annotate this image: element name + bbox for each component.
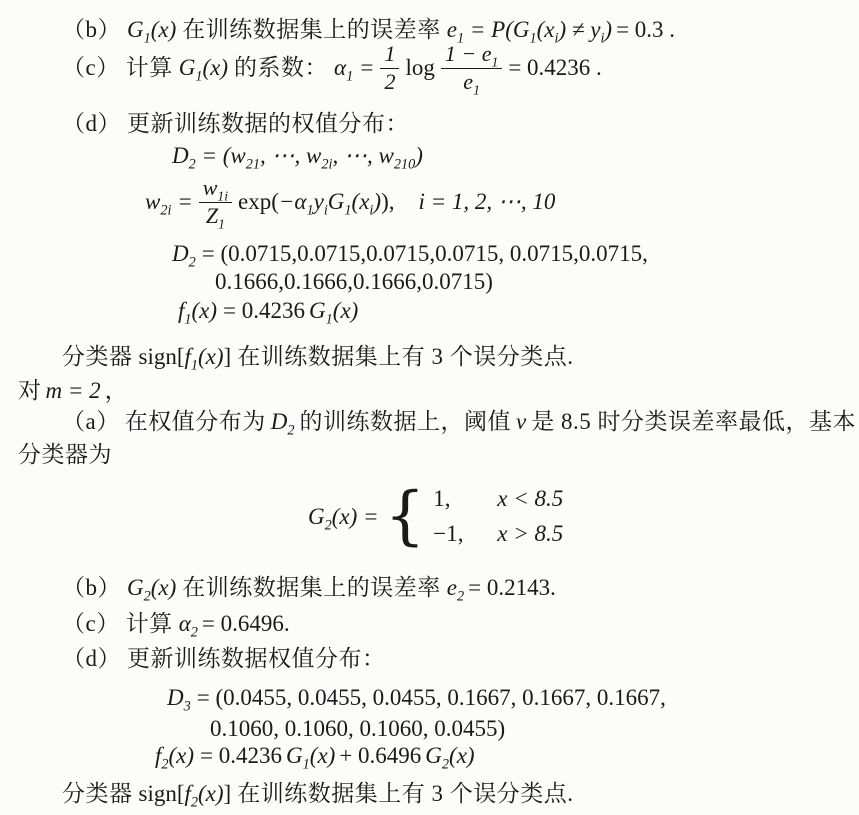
math-index-range: i = 1, 2, ⋯, 10 [418, 188, 555, 217]
math-g1x: G1(x) [309, 297, 358, 326]
math-g2x: G2(x) [127, 574, 176, 603]
math-g1x: G1(x) [127, 16, 176, 45]
math-f2x: f2(x) [185, 780, 224, 809]
math-d3-values-row2: 0.1060, 0.1060, 0.1060, 0.0455) [210, 715, 505, 744]
math-alpha1-value: = 0.4236 . [508, 54, 601, 83]
fraction-numerator: 1 [380, 42, 399, 69]
text-classifier: 分类器 [62, 780, 133, 809]
math-d3-lhs: D3 [167, 684, 191, 713]
list-item-a2-cont: 分类器为 [18, 441, 112, 470]
text-training-threshold: 的训练数据上，阈值 [299, 408, 511, 437]
textbook-page: （b） G1(x) 在训练数据集上的误差率 e1 = P(G1(xi) ≠ yi… [0, 0, 859, 815]
math-f2-lhs: f2(x) [155, 742, 194, 771]
equation-g2-cases: G2(x) = { 1, x < 8.5 −1, x > 8.5 [308, 488, 563, 546]
text-coefficient: 的系数： [234, 54, 328, 83]
fraction-one-half: 1 2 [380, 42, 399, 94]
math-d2-weight-vector: D2 = (w21, ⋯, w2i, ⋯, w210) [172, 142, 423, 171]
case-row-1: 1, x < 8.5 [433, 485, 563, 514]
list-item-a2: （a） 在权值分布为 D2 的训练数据上，阈值 v 是 8.5 时分类误差率最低… [62, 408, 856, 437]
math-f2-coef2: + 0.6496 [339, 742, 421, 771]
fraction-numerator: w1i [199, 176, 232, 203]
equation-d2-values: D2 = (0.0715,0.0715,0.0715,0.0715, 0.071… [172, 240, 648, 269]
case-condition: x > 8.5 [497, 520, 563, 549]
text-error-rate: 在训练数据集上的误差率 [182, 574, 441, 603]
math-sign-open: sign[ [139, 343, 185, 372]
fraction-denominator: e1 [463, 69, 480, 95]
item-marker: （c） [62, 610, 120, 639]
math-log: log [405, 54, 434, 83]
list-item-b2: （b） G2(x) 在训练数据集上的误差率 e2 = 0.2143. [62, 574, 556, 603]
math-sign-open: sign[ [139, 780, 185, 809]
fraction-denominator: Z1 [206, 203, 225, 229]
case-value: 1, [433, 485, 497, 514]
text-misclassified-points: 在训练数据集上有 3 个误分类点. [237, 343, 573, 372]
math-w2i-lhs: w2i = [145, 188, 193, 217]
math-alpha2-value: = 0.6496. [202, 610, 290, 639]
list-item-d2: （d） 更新训练数据权值分布： [62, 645, 386, 674]
item-marker: （b） [62, 574, 121, 603]
math-m-equals-2: m = 2 [46, 377, 101, 406]
list-item-c1: （c） 计算 G1(x) 的系数： α1 = 1 2 log 1 − e1 e1… [62, 42, 602, 94]
paragraph-classifier-f1: 分类器 sign[ f1(x) ] 在训练数据集上有 3 个误分类点. [62, 343, 573, 372]
text-update-weights: 更新训练数据权值分布： [127, 645, 386, 674]
math-exp-open: exp( [238, 188, 279, 217]
equation-d2-values-cont: 0.1666,0.1666,0.1666,0.0715) [215, 268, 493, 297]
fraction-denominator: 2 [384, 69, 395, 95]
math-f1-coef: = 0.4236 [223, 297, 305, 326]
equation-f1: f1(x) = 0.4236 G1(x) [178, 297, 358, 326]
math-e1-value: = 0.3 . [616, 16, 675, 45]
equation-d2-weights: D2 = (w21, ⋯, w2i, ⋯, w210) [172, 142, 423, 171]
text-compute: 计算 [126, 610, 173, 639]
text-lowest-error: 是 8.5 时分类误差率最低，基本 [531, 408, 856, 437]
math-sign-close: ] [224, 780, 232, 809]
item-marker: （d） [62, 110, 121, 139]
fraction-error-ratio: 1 − e1 e1 [441, 42, 502, 94]
math-f2-coef1: = 0.4236 [200, 742, 282, 771]
text-for: 对 [18, 377, 42, 406]
text-basic-classifier: 分类器为 [18, 441, 112, 470]
paragraph-m2: 对 m = 2 ， [18, 377, 128, 406]
list-item-b1: （b） G1(x) 在训练数据集上的误差率 e1 = P(G1(xi) ≠ yi… [62, 16, 675, 45]
list-item-d1: （d） 更新训练数据的权值分布： [62, 110, 409, 139]
fraction-w1i-z1: w1i Z1 [199, 176, 232, 228]
equation-f2: f2(x) = 0.4236 G1(x) + 0.6496 G2(x) [155, 742, 475, 771]
math-d2: D2 [271, 408, 295, 437]
item-marker: （d） [62, 645, 121, 674]
list-item-c2: （c） 计算 α2 = 0.6496. [62, 610, 290, 639]
math-sign-close: ] [224, 343, 232, 372]
math-g2x: G2(x) [425, 742, 474, 771]
text-update-weights: 更新训练数据的权值分布： [127, 110, 409, 139]
math-d2-lhs: D2 [172, 240, 196, 269]
item-marker: （a） [62, 408, 120, 437]
math-d2-values-row1: = (0.0715,0.0715,0.0715,0.0715, 0.0715,0… [202, 240, 648, 269]
paragraph-classifier-f2: 分类器 sign[ f2(x) ] 在训练数据集上有 3 个误分类点. [62, 780, 573, 809]
math-e2-value: = 0.2143. [468, 574, 556, 603]
fraction-numerator: 1 − e1 [441, 42, 502, 69]
text-misclassified-points: 在训练数据集上有 3 个误分类点. [237, 780, 573, 809]
item-marker: （b） [62, 16, 121, 45]
math-f1x: f1(x) [185, 343, 224, 372]
math-exp-close: ), [381, 188, 394, 217]
math-g1x: G1(x) [286, 742, 335, 771]
cases-brace: { [385, 484, 426, 548]
case-row-2: −1, x > 8.5 [433, 520, 563, 549]
math-g1x: G1(x) [179, 54, 228, 83]
math-exp-body: −α1yiG1(xi) [279, 188, 381, 217]
math-g2-lhs: G2(x) = [308, 503, 379, 532]
case-value: −1, [433, 520, 497, 549]
text-weight-distribution: 在权值分布为 [125, 408, 266, 437]
math-v: v [516, 408, 526, 437]
math-f1-lhs: f1(x) [178, 297, 217, 326]
equation-w2i: w2i = w1i Z1 exp( −α1yiG1(xi) ), i = 1, … [145, 176, 555, 228]
math-d3-values-row1: = (0.0455, 0.0455, 0.0455, 0.1667, 0.166… [197, 684, 666, 713]
text-comma: ， [105, 377, 129, 406]
cases-rows: 1, x < 8.5 −1, x > 8.5 [433, 485, 563, 549]
text-compute: 计算 [126, 54, 173, 83]
case-condition: x < 8.5 [497, 485, 563, 514]
text-error-rate: 在训练数据集上的误差率 [182, 16, 441, 45]
item-marker: （c） [62, 54, 120, 83]
text-classifier: 分类器 [62, 343, 133, 372]
math-d2-values-row2: 0.1666,0.1666,0.1666,0.0715) [215, 268, 493, 297]
equation-d3-values-cont: 0.1060, 0.1060, 0.1060, 0.0455) [210, 715, 505, 744]
equation-d3-values: D3 = (0.0455, 0.0455, 0.0455, 0.1667, 0.… [167, 684, 666, 713]
math-e2: e2 [447, 574, 464, 603]
math-alpha2: α2 [179, 610, 198, 639]
math-alpha1-lhs: α1 = [334, 54, 374, 83]
